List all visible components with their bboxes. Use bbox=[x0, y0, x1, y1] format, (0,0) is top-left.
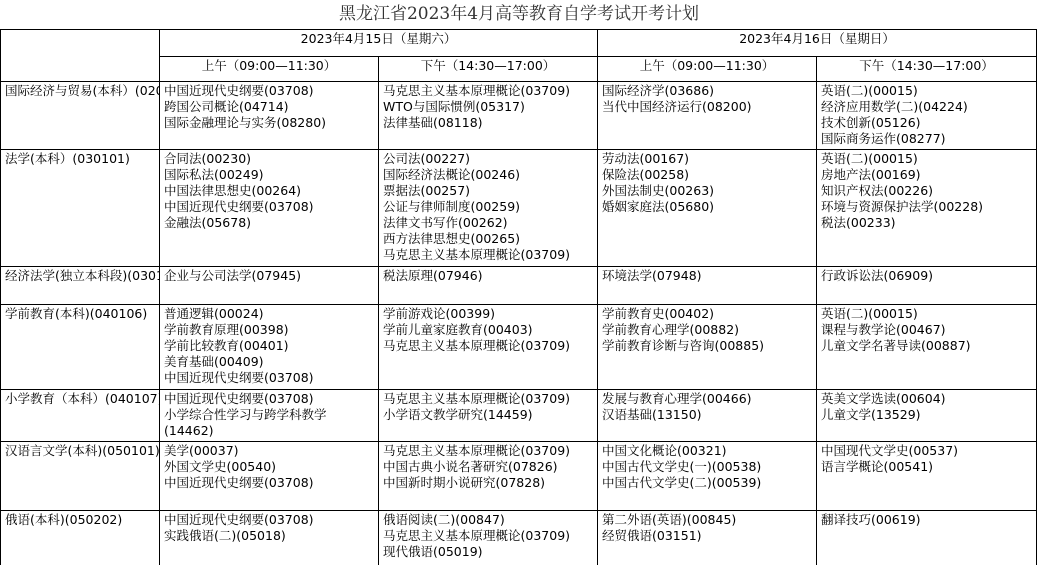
course-item: 公司法(00227) bbox=[383, 151, 593, 167]
course-item: 马克思主义基本原理概论(03709) bbox=[383, 391, 593, 407]
table-row: 小学教育（本科）(040107)中国近现代史纲要(03708)小学综合性学习与跨… bbox=[1, 390, 1037, 442]
course-item: 西方法律思想史(00265) bbox=[383, 231, 593, 247]
course-item: 学前教育诊断与咨询(00885) bbox=[602, 338, 812, 354]
course-item: 美育基础(00409) bbox=[164, 354, 374, 370]
major-cell: 小学教育（本科）(040107) bbox=[1, 390, 160, 442]
course-item: 学前教育史(00402) bbox=[602, 306, 812, 322]
table-row: 汉语言文学(本科)(050101)美学(00037)外国文学史(00540)中国… bbox=[1, 442, 1037, 511]
course-item: 美学(00037) bbox=[164, 443, 374, 459]
course-item: 马克思主义基本原理概论(03709) bbox=[383, 247, 593, 263]
course-item: 小学综合性学习与跨学科教学(14462) bbox=[164, 407, 374, 439]
course-item: 中国新时期小说研究(07828) bbox=[383, 475, 593, 491]
major-cell: 学前教育(本科)(040106) bbox=[1, 305, 160, 390]
course-item: 技术创新(05126) bbox=[821, 115, 1032, 131]
exam-slot-cell: 英语(二)(00015)房地产法(00169)知识产权法(00226)环境与资源… bbox=[817, 150, 1037, 267]
course-item: 劳动法(00167) bbox=[602, 151, 812, 167]
course-item: 中国古代文学史(二)(00539) bbox=[602, 475, 812, 491]
course-item: 课程与教学论(00467) bbox=[821, 322, 1032, 338]
course-item: 环境法学(07948) bbox=[602, 268, 812, 284]
major-cell: 国际经济与贸易(本科）(020401) bbox=[1, 82, 160, 150]
exam-slot-cell: 普通逻辑(00024)学前教育原理(00398)学前比较教育(00401)美育基… bbox=[160, 305, 379, 390]
exam-slot-cell: 劳动法(00167)保险法(00258)外国法制史(00263)婚姻家庭法(05… bbox=[598, 150, 817, 267]
course-item: 马克思主义基本原理概论(03709) bbox=[383, 528, 593, 544]
slot-header-day2-am: 上午（09:00—11:30） bbox=[598, 57, 817, 82]
slot-header-day1-pm: 下午（14:30—17:00） bbox=[379, 57, 598, 82]
slot-header-day1-am: 上午（09:00—11:30） bbox=[160, 57, 379, 82]
table-row: 法学(本科）(030101)合同法(00230)国际私法(00249)中国法律思… bbox=[1, 150, 1037, 267]
exam-slot-cell: 中国文化概论(00321)中国古代文学史(一)(00538)中国古代文学史(二)… bbox=[598, 442, 817, 511]
course-item: 税法(00233) bbox=[821, 215, 1032, 231]
exam-slot-cell: 发展与教育心理学(00466)汉语基础(13150) bbox=[598, 390, 817, 442]
course-item: 学前教育心理学(00882) bbox=[602, 322, 812, 338]
course-item: 发展与教育心理学(00466) bbox=[602, 391, 812, 407]
course-item: 普通逻辑(00024) bbox=[164, 306, 374, 322]
major-cell: 经济法学(独立本科段)(030107) bbox=[1, 267, 160, 305]
course-item: 小学语文教学研究(14459) bbox=[383, 407, 593, 423]
course-item: 中国现代文学史(00537) bbox=[821, 443, 1032, 459]
table-row: 国际经济与贸易(本科）(020401)中国近现代史纲要(03708)跨国公司概论… bbox=[1, 82, 1037, 150]
exam-slot-cell: 中国近现代史纲要(03708)跨国公司概论(04714)国际金融理论与实务(08… bbox=[160, 82, 379, 150]
course-item: 中国近现代史纲要(03708) bbox=[164, 475, 374, 491]
exam-slot-cell: 中国近现代史纲要(03708)实践俄语(二)(05018) bbox=[160, 511, 379, 565]
major-header-cell bbox=[1, 30, 160, 82]
course-item: 经贸俄语(03151) bbox=[602, 528, 812, 544]
course-item: 外国文学史(00540) bbox=[164, 459, 374, 475]
course-item: 翻译技巧(00619) bbox=[821, 512, 1032, 528]
course-item: 法律基础(08118) bbox=[383, 115, 593, 131]
course-item: 跨国公司概论(04714) bbox=[164, 99, 374, 115]
course-item: 法律文书写作(00262) bbox=[383, 215, 593, 231]
course-item: 环境与资源保护法学(00228) bbox=[821, 199, 1032, 215]
exam-slot-cell: 国际经济学(03686)当代中国经济运行(08200) bbox=[598, 82, 817, 150]
course-item: 公证与律师制度(00259) bbox=[383, 199, 593, 215]
course-item: 国际经济法概论(00246) bbox=[383, 167, 593, 183]
table-row: 经济法学(独立本科段)(030107)企业与公司法学(07945)税法原理(07… bbox=[1, 267, 1037, 305]
course-item: 英语(二)(00015) bbox=[821, 306, 1032, 322]
course-item: 国际商务运作(08277) bbox=[821, 131, 1032, 147]
course-item: 金融法(05678) bbox=[164, 215, 374, 231]
exam-slot-cell: 马克思主义基本原理概论(03709)小学语文教学研究(14459) bbox=[379, 390, 598, 442]
course-item: 俄语阅读(二)(00847) bbox=[383, 512, 593, 528]
date-header-row: 2023年4月15日（星期六） 2023年4月16日（星期日） bbox=[1, 30, 1037, 57]
exam-slot-cell: 英语(二)(00015)课程与教学论(00467)儿童文学名著导读(00887) bbox=[817, 305, 1037, 390]
exam-slot-cell: 合同法(00230)国际私法(00249)中国法律思想史(00264)中国近现代… bbox=[160, 150, 379, 267]
course-item: 中国法律思想史(00264) bbox=[164, 183, 374, 199]
course-item: 中国近现代史纲要(03708) bbox=[164, 370, 374, 386]
date-header-day2: 2023年4月16日（星期日） bbox=[598, 30, 1037, 57]
course-item: 经济应用数学(二)(04224) bbox=[821, 99, 1032, 115]
course-item: 实践俄语(二)(05018) bbox=[164, 528, 374, 544]
course-item: 学前游戏论(00399) bbox=[383, 306, 593, 322]
course-item: 中国近现代史纲要(03708) bbox=[164, 512, 374, 528]
course-item: 语言学概论(00541) bbox=[821, 459, 1032, 475]
course-item: 汉语基础(13150) bbox=[602, 407, 812, 423]
course-item: 国际经济学(03686) bbox=[602, 83, 812, 99]
course-item: 英语(二)(00015) bbox=[821, 151, 1032, 167]
course-item: 学前教育原理(00398) bbox=[164, 322, 374, 338]
course-item: 马克思主义基本原理概论(03709) bbox=[383, 338, 593, 354]
course-item: 学前比较教育(00401) bbox=[164, 338, 374, 354]
course-item: 房地产法(00169) bbox=[821, 167, 1032, 183]
course-item: 现代俄语(05019) bbox=[383, 544, 593, 560]
exam-slot-cell: 公司法(00227)国际经济法概论(00246)票据法(00257)公证与律师制… bbox=[379, 150, 598, 267]
exam-slot-cell: 学前游戏论(00399)学前儿童家庭教育(00403)马克思主义基本原理概论(0… bbox=[379, 305, 598, 390]
course-item: 中国近现代史纲要(03708) bbox=[164, 391, 374, 407]
exam-slot-cell: 行政诉讼法(06909) bbox=[817, 267, 1037, 305]
course-item: 外国法制史(00263) bbox=[602, 183, 812, 199]
course-item: 中国近现代史纲要(03708) bbox=[164, 199, 374, 215]
exam-slot-cell: 环境法学(07948) bbox=[598, 267, 817, 305]
exam-slot-cell: 企业与公司法学(07945) bbox=[160, 267, 379, 305]
course-item: 英美文学选读(00604) bbox=[821, 391, 1032, 407]
slot-header-day2-pm: 下午（14:30—17:00） bbox=[817, 57, 1037, 82]
exam-slot-cell: 俄语阅读(二)(00847)马克思主义基本原理概论(03709)现代俄语(050… bbox=[379, 511, 598, 565]
exam-slot-cell: 英语(二)(00015)经济应用数学(二)(04224)技术创新(05126)国… bbox=[817, 82, 1037, 150]
exam-slot-cell: 学前教育史(00402)学前教育心理学(00882)学前教育诊断与咨询(0088… bbox=[598, 305, 817, 390]
course-item: 中国古代文学史(一)(00538) bbox=[602, 459, 812, 475]
table-row: 俄语(本科)(050202)中国近现代史纲要(03708)实践俄语(二)(050… bbox=[1, 511, 1037, 565]
exam-slot-cell: 美学(00037)外国文学史(00540)中国近现代史纲要(03708) bbox=[160, 442, 379, 511]
major-cell: 汉语言文学(本科)(050101) bbox=[1, 442, 160, 511]
course-item: 保险法(00258) bbox=[602, 167, 812, 183]
course-item: 儿童文学(13529) bbox=[821, 407, 1032, 423]
page-title: 黑龙江省2023年4月高等教育自学考试开考计划 bbox=[0, 2, 1038, 26]
exam-slot-cell: 英美文学选读(00604)儿童文学(13529) bbox=[817, 390, 1037, 442]
course-item: 知识产权法(00226) bbox=[821, 183, 1032, 199]
course-item: 合同法(00230) bbox=[164, 151, 374, 167]
course-item: 马克思主义基本原理概论(03709) bbox=[383, 443, 593, 459]
exam-slot-cell: 税法原理(07946) bbox=[379, 267, 598, 305]
course-item: 中国近现代史纲要(03708) bbox=[164, 83, 374, 99]
course-item: 当代中国经济运行(08200) bbox=[602, 99, 812, 115]
course-item: 英语(二)(00015) bbox=[821, 83, 1032, 99]
date-header-day1: 2023年4月15日（星期六） bbox=[160, 30, 598, 57]
course-item: 行政诉讼法(06909) bbox=[821, 268, 1032, 284]
course-item: 马克思主义基本原理概论(03709) bbox=[383, 83, 593, 99]
exam-slot-cell: 翻译技巧(00619) bbox=[817, 511, 1037, 565]
exam-schedule-table: 2023年4月15日（星期六） 2023年4月16日（星期日） 上午（09:00… bbox=[0, 29, 1037, 565]
course-item: 国际私法(00249) bbox=[164, 167, 374, 183]
exam-slot-cell: 中国近现代史纲要(03708)小学综合性学习与跨学科教学(14462) bbox=[160, 390, 379, 442]
exam-slot-cell: 马克思主义基本原理概论(03709)WTO与国际惯例(05317)法律基础(08… bbox=[379, 82, 598, 150]
course-item: WTO与国际惯例(05317) bbox=[383, 99, 593, 115]
course-item: 第二外语(英语)(00845) bbox=[602, 512, 812, 528]
major-cell: 法学(本科）(030101) bbox=[1, 150, 160, 267]
course-item: 中国古典小说名著研究(07826) bbox=[383, 459, 593, 475]
course-item: 学前儿童家庭教育(00403) bbox=[383, 322, 593, 338]
schedule-body: 国际经济与贸易(本科）(020401)中国近现代史纲要(03708)跨国公司概论… bbox=[1, 82, 1037, 565]
course-item: 中国文化概论(00321) bbox=[602, 443, 812, 459]
course-item: 税法原理(07946) bbox=[383, 268, 593, 284]
exam-slot-cell: 第二外语(英语)(00845)经贸俄语(03151) bbox=[598, 511, 817, 565]
major-cell: 俄语(本科)(050202) bbox=[1, 511, 160, 565]
course-item: 企业与公司法学(07945) bbox=[164, 268, 374, 284]
course-item: 婚姻家庭法(05680) bbox=[602, 199, 812, 215]
exam-slot-cell: 马克思主义基本原理概论(03709)中国古典小说名著研究(07826)中国新时期… bbox=[379, 442, 598, 511]
exam-slot-cell: 中国现代文学史(00537)语言学概论(00541) bbox=[817, 442, 1037, 511]
course-item: 国际金融理论与实务(08280) bbox=[164, 115, 374, 131]
course-item: 票据法(00257) bbox=[383, 183, 593, 199]
course-item: 儿童文学名著导读(00887) bbox=[821, 338, 1032, 354]
table-row: 学前教育(本科)(040106)普通逻辑(00024)学前教育原理(00398)… bbox=[1, 305, 1037, 390]
